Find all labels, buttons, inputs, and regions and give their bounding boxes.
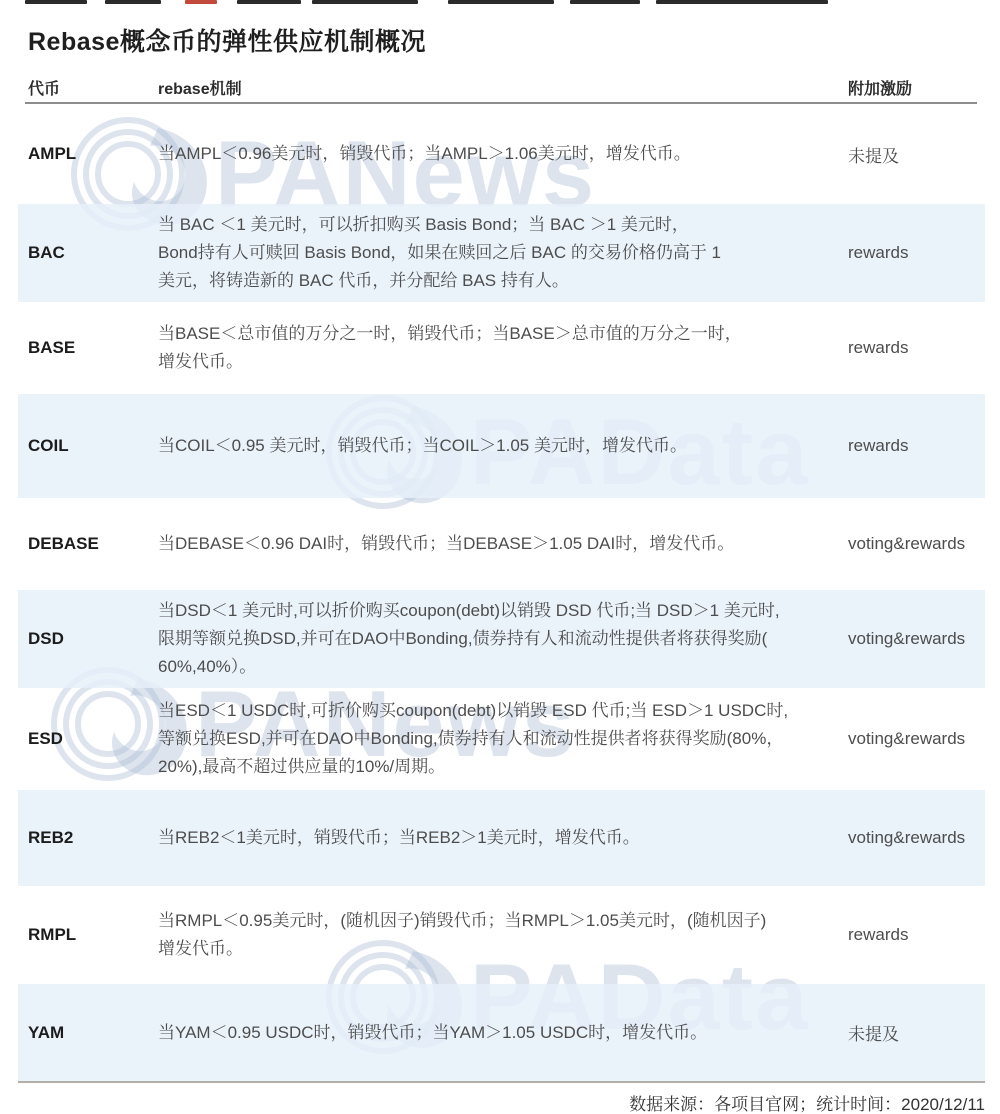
data-source-note: 数据来源：各项目官网；统计时间：2020/12/11 — [629, 1090, 985, 1114]
mechanism-text: 当ESD＜1 USDC时,可折价购买coupon(debt)以销毁 ESD 代币… — [158, 697, 848, 781]
table-row-base: BASE 当BASE＜总市值的万分之一时，销毁代币；当BASE＞总市值的万分之一… — [18, 302, 985, 394]
mechanism-text: 当DEBASE＜0.96 DAI时，销毁代币；当DEBASE＞1.05 DAI时… — [158, 530, 848, 558]
incentive-text: rewards — [848, 436, 985, 456]
text-fragment — [105, 0, 161, 4]
mechanism-text: 当BASE＜总市值的万分之一时，销毁代币；当BASE＞总市值的万分之一时， 增发… — [158, 320, 848, 376]
mechanism-text: 当YAM＜0.95 USDC时，销毁代币；当YAM＞1.05 USDC时，增发代… — [158, 1019, 848, 1047]
incentive-text: rewards — [848, 925, 985, 945]
table-row-dsd: DSD 当DSD＜1 美元时,可以折价购买coupon(debt)以销毁 DSD… — [18, 590, 985, 688]
mechanism-text: 当RMPL＜0.95美元时，(随机因子)销毁代币；当RMPL＞1.05美元时，(… — [158, 907, 848, 963]
token-name: REB2 — [28, 828, 158, 848]
table-row-reb2: REB2 当REB2＜1美元时，销毁代币；当REB2＞1美元时，增发代币。 vo… — [18, 790, 985, 886]
text-fragment — [570, 0, 640, 4]
mechanism-text: 当COIL＜0.95 美元时，销毁代币；当COIL＞1.05 美元时，增发代币。 — [158, 432, 848, 460]
token-name: BAC — [28, 243, 158, 263]
table-row-esd: ESD 当ESD＜1 USDC时,可折价购买coupon(debt)以销毁 ES… — [18, 688, 985, 790]
table-body: AMPL 当AMPL＜0.96美元时，销毁代币；当AMPL＞1.06美元时，增发… — [18, 104, 985, 1083]
token-name: DEBASE — [28, 534, 158, 554]
text-fragment — [312, 0, 418, 4]
token-name: YAM — [28, 1023, 158, 1043]
incentive-text: voting&rewards — [848, 534, 985, 554]
incentive-text: rewards — [848, 338, 985, 358]
table-row-bac: BAC 当 BAC ＜1 美元时，可以折扣购买 Basis Bond；当 BAC… — [18, 204, 985, 302]
incentive-text: voting&rewards — [848, 629, 985, 649]
column-header-mechanism: rebase机制 — [158, 76, 848, 99]
incentive-text: 未提及 — [848, 1020, 985, 1045]
column-header-token: 代币 — [28, 76, 158, 99]
table-row-coil: COIL 当COIL＜0.95 美元时，销毁代币；当COIL＞1.05 美元时，… — [18, 394, 985, 498]
header-divider — [25, 102, 977, 104]
table-row-rmpl: RMPL 当RMPL＜0.95美元时，(随机因子)销毁代币；当RMPL＞1.05… — [18, 886, 985, 984]
text-fragment — [25, 0, 87, 4]
incentive-text: 未提及 — [848, 142, 985, 167]
token-name: ESD — [28, 729, 158, 749]
mechanism-text: 当 BAC ＜1 美元时，可以折扣购买 Basis Bond；当 BAC ＞1 … — [158, 211, 848, 295]
page-title: Rebase概念币的弹性供应机制概况 — [28, 22, 426, 58]
column-header-incentive: 附加激励 — [848, 76, 985, 99]
text-fragment-red — [185, 0, 217, 4]
table-header-row: 代币 rebase机制 附加激励 — [18, 72, 985, 102]
table-row-debase: DEBASE 当DEBASE＜0.96 DAI时，销毁代币；当DEBASE＞1.… — [18, 498, 985, 590]
text-fragment — [237, 0, 301, 4]
mechanism-text: 当AMPL＜0.96美元时，销毁代币；当AMPL＞1.06美元时，增发代币。 — [158, 140, 848, 168]
token-name: AMPL — [28, 144, 158, 164]
text-fragment — [656, 0, 828, 4]
cropped-top-text — [0, 0, 1000, 6]
incentive-text: rewards — [848, 243, 985, 263]
token-name: BASE — [28, 338, 158, 358]
table-row-yam: YAM 当YAM＜0.95 USDC时，销毁代币；当YAM＞1.05 USDC时… — [18, 984, 985, 1081]
table-row-ampl: AMPL 当AMPL＜0.96美元时，销毁代币；当AMPL＞1.06美元时，增发… — [18, 104, 985, 204]
text-fragment — [448, 0, 554, 4]
token-name: RMPL — [28, 925, 158, 945]
incentive-text: voting&rewards — [848, 729, 985, 749]
token-name: COIL — [28, 436, 158, 456]
incentive-text: voting&rewards — [848, 828, 985, 848]
mechanism-text: 当DSD＜1 美元时,可以折价购买coupon(debt)以销毁 DSD 代币;… — [158, 597, 848, 681]
mechanism-text: 当REB2＜1美元时，销毁代币；当REB2＞1美元时，增发代币。 — [158, 824, 848, 852]
token-name: DSD — [28, 629, 158, 649]
